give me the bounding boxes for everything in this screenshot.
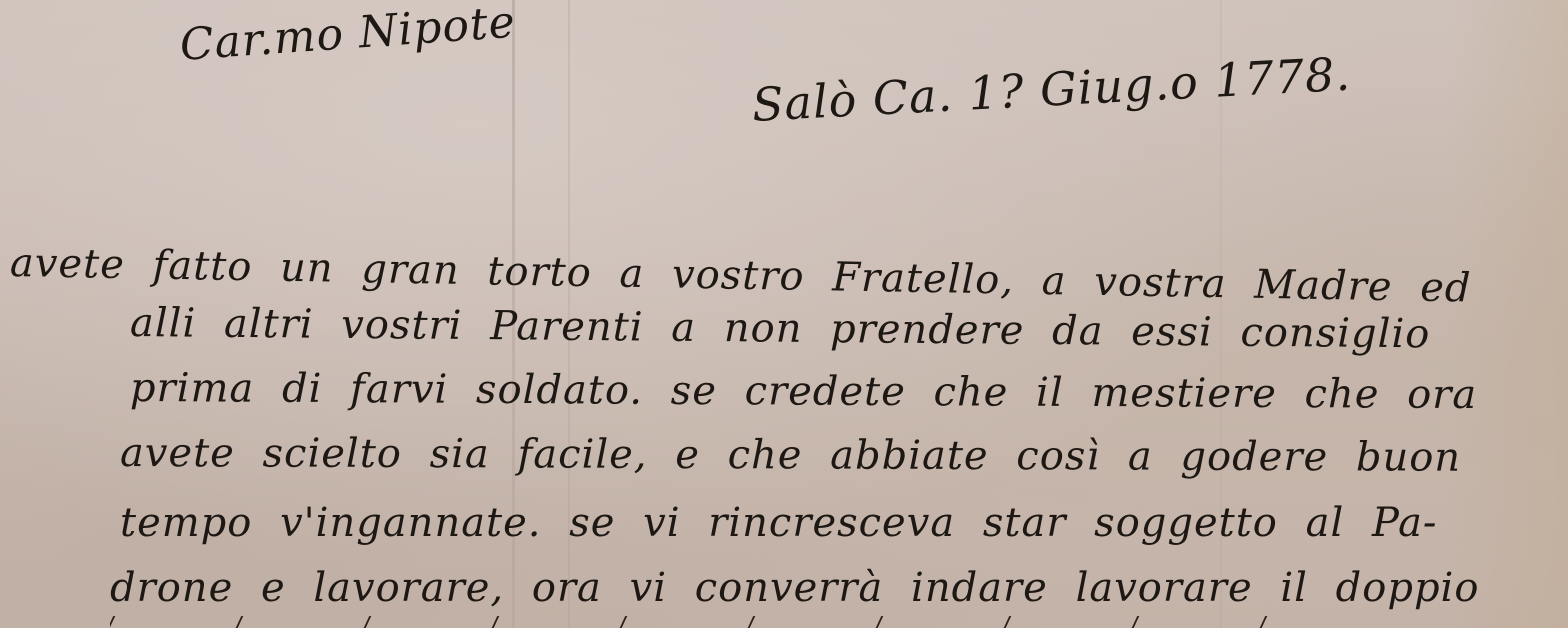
- date-line: Salò Ca. 1? Giug.o 1778.: [751, 47, 1353, 132]
- letter-line-6: drone e lavorare, ora vi converrà indare…: [110, 565, 1479, 611]
- cut-off-next-line: [110, 615, 1510, 628]
- paper-stain: [1448, 0, 1568, 628]
- salutation: Car.mo Nipote: [178, 0, 517, 71]
- letter-line-2: alli altri vostri Parenti a non prendere…: [130, 300, 1431, 357]
- letter-line-5: tempo v'ingannate. se vi rincresceva sta…: [120, 500, 1437, 546]
- letter-page: Car.mo Nipote Salò Ca. 1? Giug.o 1778. a…: [0, 0, 1568, 628]
- letter-line-4: avete scielto sia facile, e che abbiate …: [120, 430, 1461, 481]
- letter-line-3: prima di farvi soldato. se credete che i…: [130, 365, 1477, 418]
